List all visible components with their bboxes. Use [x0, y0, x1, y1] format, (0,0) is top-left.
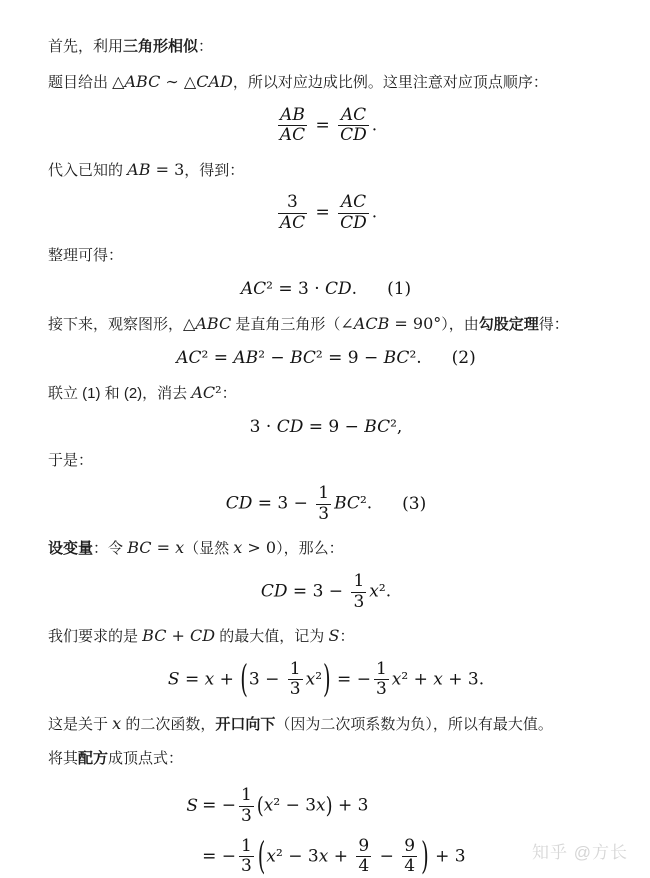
- text-run: = 9 −: [303, 417, 364, 437]
- fraction: 13: [316, 484, 331, 524]
- text-run: CD: [226, 494, 253, 514]
- fraction-denominator: 3: [239, 856, 254, 877]
- formula-proportion-substituted: 3AC = ACCD.: [48, 193, 604, 233]
- text-run: = 3 −: [288, 582, 349, 602]
- fraction: 13: [288, 660, 303, 700]
- text-run: x: [266, 846, 276, 866]
- text-run: x: [112, 714, 121, 733]
- fraction-denominator: CD: [338, 213, 369, 234]
- text-run: ∼: [160, 72, 184, 91]
- text-run: ² = 3 ·: [266, 279, 325, 299]
- text-run: CD: [190, 626, 215, 645]
- equation-rhs: = −13(x² − 3x + 94 − 94) + 3: [198, 832, 466, 878]
- text-run: (: [257, 838, 267, 875]
- fraction-denominator: 4: [402, 856, 417, 877]
- text-run: ² +: [401, 669, 433, 689]
- text-run: 得：: [539, 316, 569, 333]
- text-run: ：: [222, 385, 237, 402]
- formula-eq2: AC² = AB² − BC² = 9 − BC².(2): [48, 348, 604, 369]
- formula-vertex-form: S = −13(x² − 3x) + 3 = −13(x² − 3x + 94 …: [48, 781, 604, 878]
- text-run: +: [166, 626, 190, 645]
- text-run: （因为二次项系数为负），所以有最大值。: [275, 716, 553, 733]
- text-run: BC: [334, 494, 360, 514]
- text-run: AC: [176, 348, 201, 368]
- fraction: 3AC: [278, 193, 307, 233]
- text-run: ² − 3: [276, 846, 319, 866]
- text-run: CD: [261, 582, 288, 602]
- fraction-denominator: 3: [374, 679, 389, 700]
- text-run: 开口向下: [215, 716, 275, 733]
- text-run: +: [328, 846, 353, 866]
- text-run: = −: [202, 846, 236, 866]
- fraction: 13: [239, 837, 254, 877]
- text-run: S: [168, 669, 180, 689]
- text-run: ² = 9 −: [316, 348, 384, 368]
- fraction-denominator: 3: [316, 504, 331, 525]
- paragraph-set-variable: 设变量：令 BC = x（显然 x > 0），那么：: [48, 536, 604, 560]
- text-run: = 3 −: [252, 494, 313, 514]
- text-run: ACB: [354, 314, 390, 333]
- fraction-denominator: 4: [356, 856, 371, 877]
- text-run: ² =: [202, 348, 234, 368]
- fraction: 13: [239, 786, 254, 826]
- text-run: =: [310, 203, 335, 223]
- text-run: x: [233, 538, 242, 557]
- text-run: .: [352, 279, 357, 299]
- fraction-denominator: AC: [278, 213, 307, 234]
- text-run: ，所以对应边成比例。这里注意对应顶点顺序：: [233, 74, 548, 91]
- text-run: 题目给出: [48, 74, 112, 91]
- text-run: x: [205, 669, 215, 689]
- text-run: =: [151, 538, 175, 557]
- equation-row: = −13(x² − 3x + 94 − 94) + 3: [186, 832, 465, 878]
- text-run: .: [372, 115, 377, 135]
- fraction-numerator: 3: [278, 193, 307, 213]
- text-run: 是直角三角形（: [231, 316, 340, 333]
- formula-proportion: ABAC = ACCD.: [48, 106, 604, 146]
- text-run: =: [180, 669, 205, 689]
- text-run: BC: [290, 348, 316, 368]
- paragraph-parabola-opens-down: 这是关于 x 的二次函数，开口向下（因为二次项系数为负），所以有最大值。: [48, 712, 604, 736]
- text-run: △: [183, 314, 195, 333]
- fraction: ABAC: [278, 106, 307, 146]
- paragraph-maximize-sum: 我们要求的是 BC + CD 的最大值，记为 S：: [48, 624, 604, 648]
- text-run: CAD: [196, 72, 233, 91]
- text-run: = 90°: [389, 314, 441, 333]
- text-run: BC: [384, 348, 410, 368]
- text-run: ².: [379, 582, 391, 602]
- text-run: x: [392, 669, 402, 689]
- text-run: S: [186, 796, 198, 816]
- text-run: △: [112, 72, 124, 91]
- text-run: (2): [452, 348, 476, 369]
- equation-lhs: [186, 832, 198, 878]
- text-run: BC: [364, 417, 390, 437]
- text-run: = −: [332, 669, 371, 689]
- text-run: +: [214, 669, 239, 689]
- equation-rhs: = −13(x² − 3x) + 3: [198, 781, 466, 831]
- text-run: x: [433, 669, 443, 689]
- fraction: 13: [351, 572, 366, 612]
- fraction-numerator: 1: [374, 660, 389, 680]
- text-run: (1): [387, 279, 411, 300]
- paragraph-similar-triangles: 首先，利用三角形相似：: [48, 36, 604, 58]
- fraction-numerator: 1: [316, 484, 331, 504]
- text-run: 的二次函数，: [121, 716, 215, 733]
- text-run: ∠: [340, 314, 353, 333]
- text-run: BC: [142, 626, 166, 645]
- text-run: 配方: [78, 750, 108, 767]
- fraction-denominator: 3: [288, 679, 303, 700]
- formula-cd-in-x: CD = 3 − 13x².: [48, 572, 604, 612]
- text-run: 成顶点式：: [108, 750, 183, 767]
- text-run: 首先，利用: [48, 38, 123, 55]
- text-run: 三角形相似: [123, 38, 198, 55]
- text-run: 我们要求的是: [48, 628, 142, 645]
- watermark-text: 知乎 @方长: [532, 838, 628, 863]
- fraction-numerator: 1: [351, 572, 366, 592]
- text-run: 设变量: [48, 540, 93, 557]
- paragraph-thus: 于是：: [48, 450, 604, 472]
- text-run: x: [264, 796, 274, 816]
- fraction: 13: [374, 660, 389, 700]
- text-run: 3 −: [249, 669, 285, 689]
- text-run: = −: [202, 796, 236, 816]
- text-run: 代入已知的: [48, 162, 127, 179]
- fraction-numerator: AC: [338, 106, 369, 126]
- equation-row: S = −13(x² − 3x) + 3: [186, 781, 465, 831]
- text-run: ），那么：: [276, 540, 344, 557]
- text-run: ².: [409, 348, 421, 368]
- text-run: (: [257, 795, 264, 817]
- text-run: 联立 (1) 和 (2)，消去: [48, 385, 191, 402]
- text-run: ABC: [124, 72, 160, 91]
- text-run: 整理可得：: [48, 247, 123, 264]
- text-run: ABC: [195, 314, 231, 333]
- fraction-numerator: AB: [278, 106, 307, 126]
- aligned-equations: S = −13(x² − 3x) + 3 = −13(x² − 3x + 94 …: [186, 781, 465, 878]
- text-run: 的最大值，记为: [215, 628, 328, 645]
- fraction-denominator: 3: [351, 592, 366, 613]
- text-run: x: [175, 538, 184, 557]
- fraction-numerator: 1: [239, 786, 254, 806]
- fraction: ACCD: [338, 193, 369, 233]
- text-run: 接下来，观察图形，: [48, 316, 183, 333]
- text-run: AB: [127, 160, 150, 179]
- text-run: ².: [360, 494, 372, 514]
- text-run: + 3: [430, 846, 466, 866]
- text-run: −: [374, 846, 399, 866]
- text-run: ²,: [390, 417, 402, 437]
- text-run: (: [239, 661, 249, 698]
- fraction-numerator: 9: [356, 837, 371, 857]
- text-run: 这是关于: [48, 716, 112, 733]
- text-run: x: [306, 669, 316, 689]
- fraction-denominator: CD: [338, 125, 369, 146]
- fraction: ACCD: [338, 106, 369, 146]
- fraction-denominator: 3: [239, 806, 254, 827]
- text-run: 勾股定理: [479, 316, 539, 333]
- paragraph-simplify: 整理可得：: [48, 245, 604, 267]
- text-run: 3 ·: [250, 417, 277, 437]
- text-run: ² − 3: [273, 796, 316, 816]
- text-run: AC: [191, 383, 215, 402]
- text-run: + 3: [333, 796, 369, 816]
- text-run: S: [328, 626, 339, 645]
- text-run: ：: [198, 38, 213, 55]
- text-run: 于是：: [48, 452, 93, 469]
- fraction: 94: [356, 837, 371, 877]
- formula-combined: 3 · CD = 9 − BC²,: [48, 417, 604, 438]
- math-solution-document: 首先，利用三角形相似： 题目给出 △ABC ∼ △CAD，所以对应边成比例。这里…: [0, 0, 650, 878]
- text-run: ): [326, 795, 333, 817]
- text-run: ² −: [258, 348, 290, 368]
- text-run: ²: [315, 669, 322, 689]
- text-run: x: [319, 846, 329, 866]
- text-run: ：令: [93, 540, 127, 557]
- text-run: =: [310, 115, 335, 135]
- formula-eq1: AC² = 3 · CD.(1): [48, 279, 604, 300]
- paragraph-given-similarity: 题目给出 △ABC ∼ △CAD，所以对应边成比例。这里注意对应顶点顺序：: [48, 70, 604, 94]
- text-run: ：: [339, 628, 354, 645]
- text-run: ），由: [441, 316, 479, 333]
- text-run: 将其: [48, 750, 78, 767]
- text-run: AC: [241, 279, 266, 299]
- text-run: + 3.: [443, 669, 484, 689]
- text-run: = 3: [150, 160, 184, 179]
- text-run: ): [322, 661, 332, 698]
- fraction-numerator: 1: [288, 660, 303, 680]
- paragraph-complete-square: 将其配方成顶点式：: [48, 748, 604, 770]
- text-run: ，得到：: [184, 162, 244, 179]
- text-run: AB: [233, 348, 258, 368]
- paragraph-right-triangle: 接下来，观察图形，△ABC 是直角三角形（∠ACB = 90°），由勾股定理得：: [48, 312, 604, 336]
- fraction-denominator: AC: [278, 125, 307, 146]
- text-run: x: [316, 796, 326, 816]
- text-run: （显然: [184, 540, 233, 557]
- fraction-numerator: 9: [402, 837, 417, 857]
- text-run: BC: [127, 538, 151, 557]
- text-run: .: [372, 203, 377, 223]
- text-run: x: [369, 582, 379, 602]
- paragraph-substitute-ab: 代入已知的 AB = 3，得到：: [48, 158, 604, 182]
- text-run: (3): [402, 494, 426, 515]
- text-run: CD: [277, 417, 304, 437]
- text-run: CD: [325, 279, 352, 299]
- fraction: 94: [402, 837, 417, 877]
- text-run: ): [420, 838, 430, 875]
- text-run: > 0: [242, 538, 276, 557]
- text-run: △: [184, 72, 196, 91]
- formula-s-definition: S = x + (3 − 13x²) = −13x² + x + 3.: [48, 660, 604, 700]
- fraction-numerator: AC: [338, 193, 369, 213]
- equation-lhs: S: [186, 781, 198, 831]
- paragraph-combine-eqs: 联立 (1) 和 (2)，消去 AC²：: [48, 381, 604, 405]
- formula-eq3: CD = 3 − 13BC².(3): [48, 484, 604, 524]
- fraction-numerator: 1: [239, 837, 254, 857]
